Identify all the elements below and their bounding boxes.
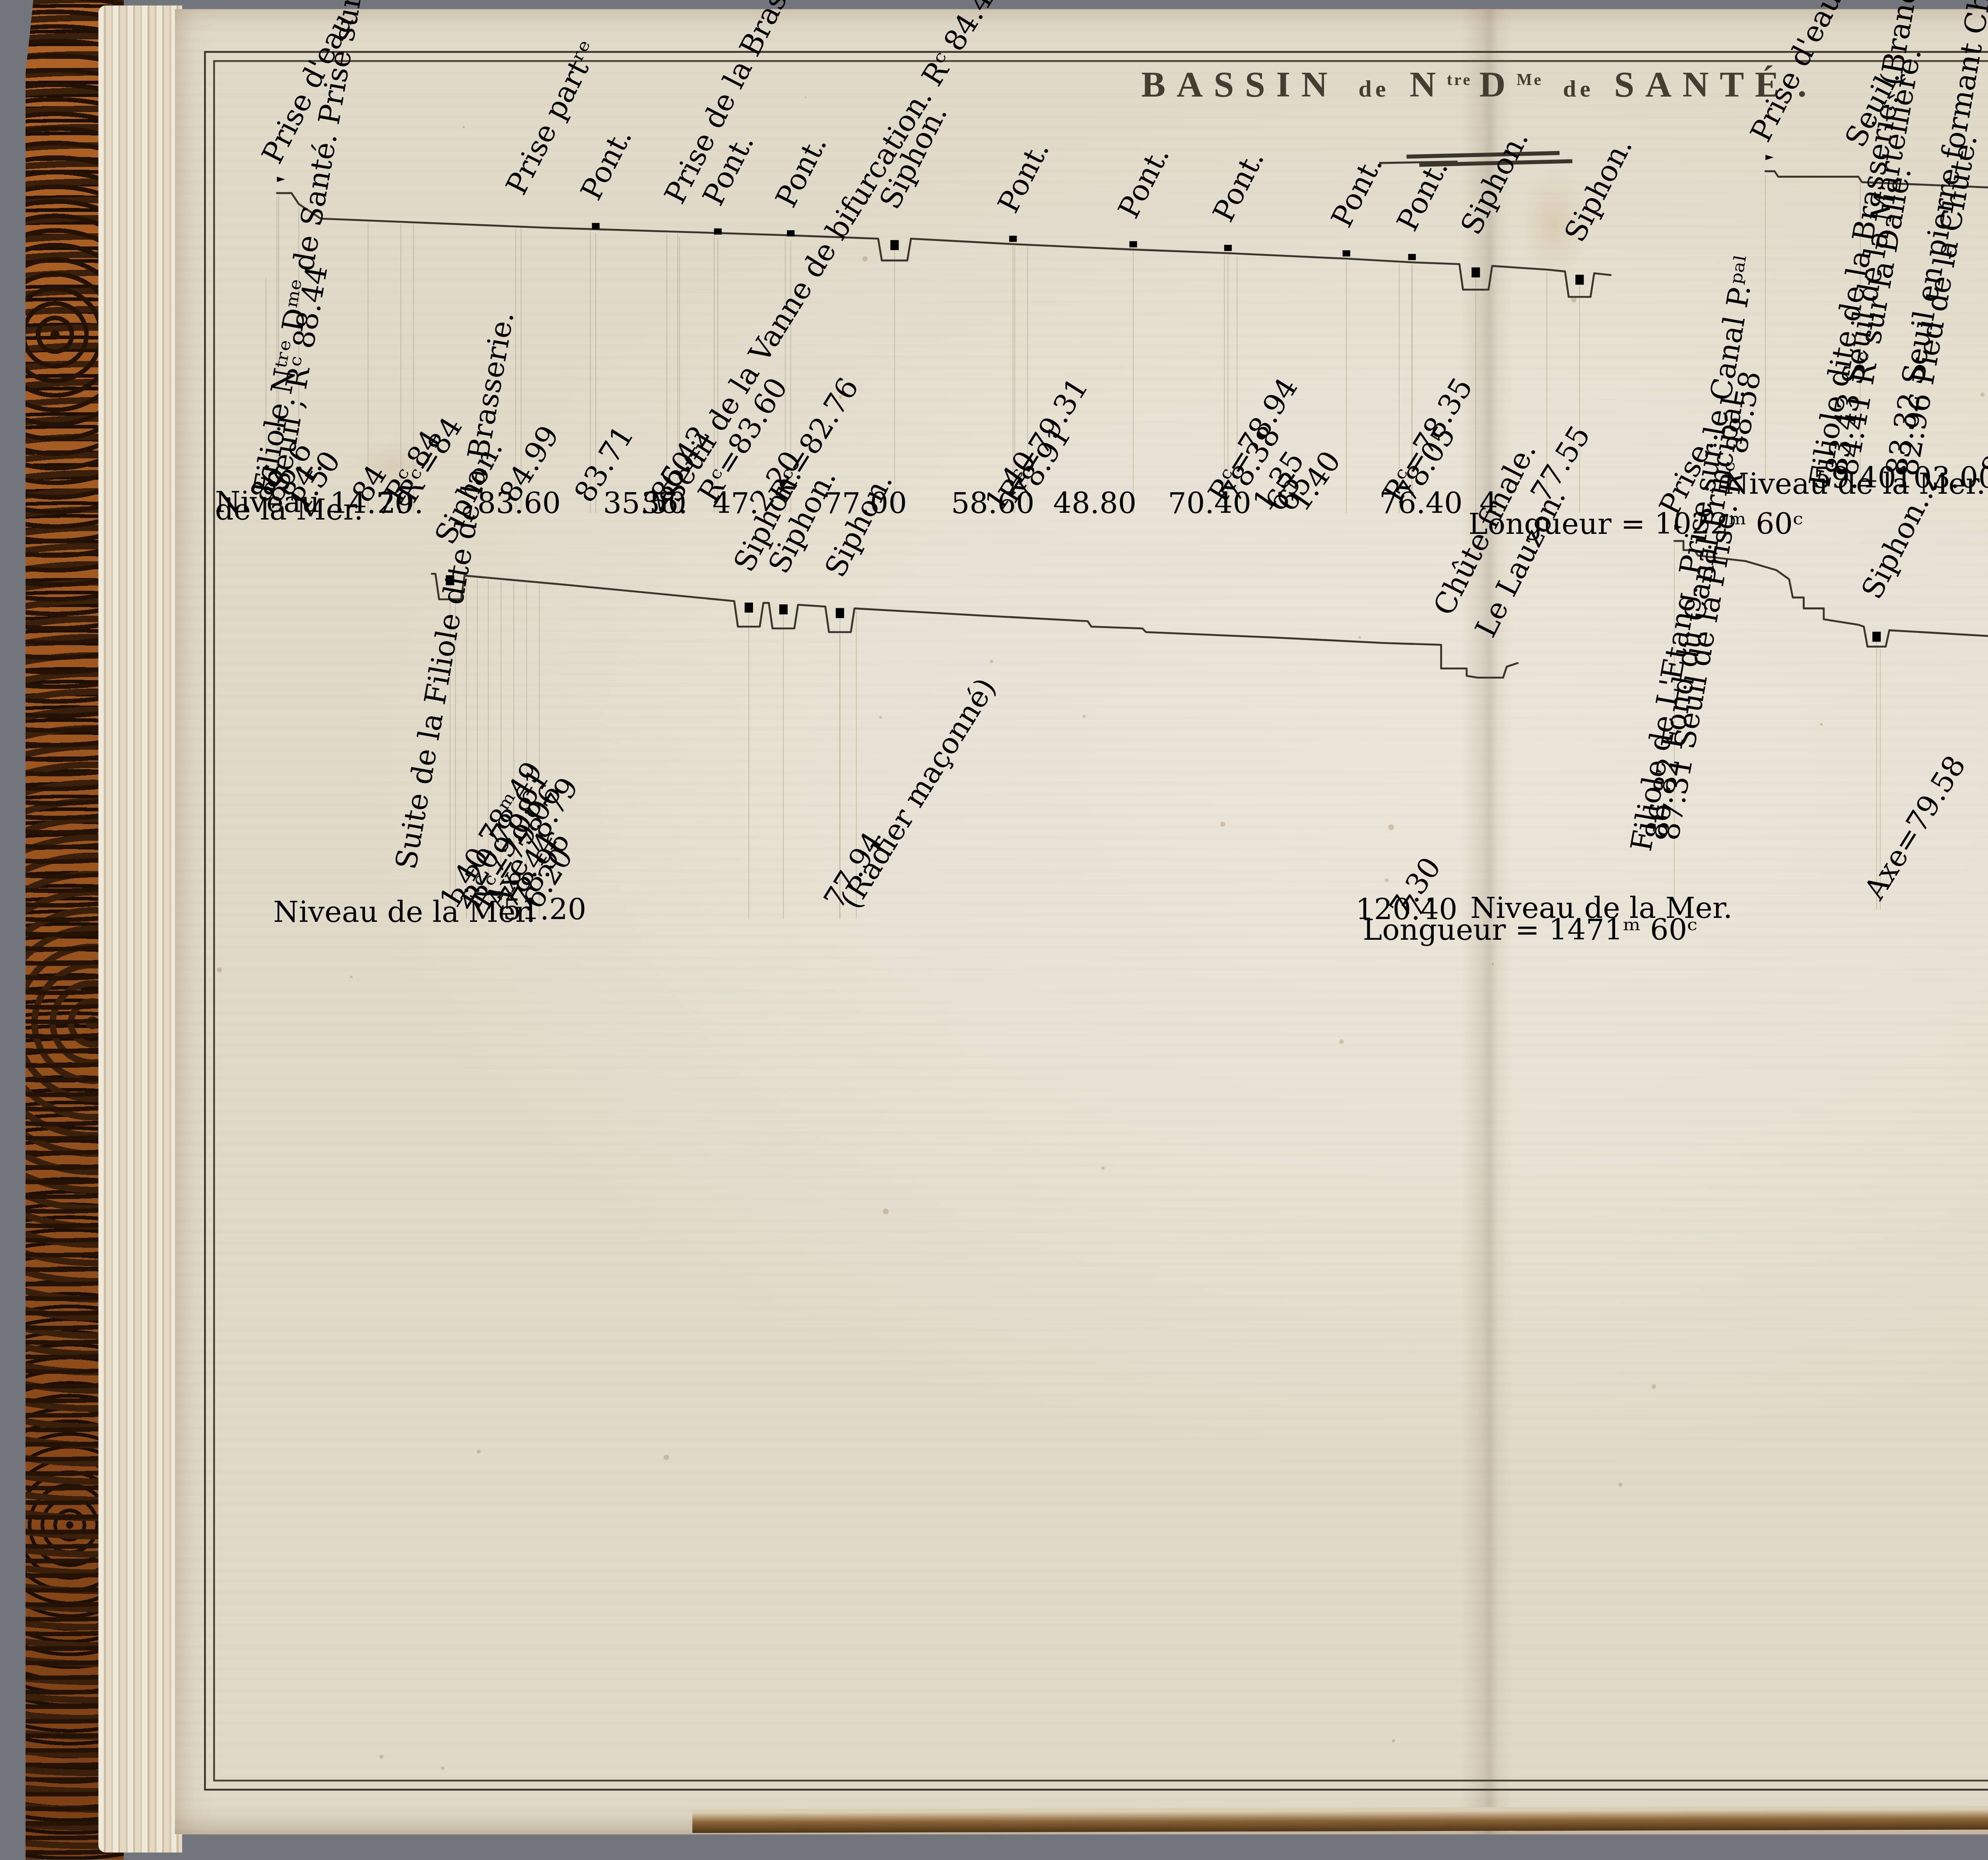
title-notre-sup: tre (1447, 70, 1472, 89)
plate-title: BASSIN de Ntre DMe de SANTÉ . (237, 66, 1988, 107)
title-word-de2: de (1563, 75, 1594, 102)
title-notre-base: N (1409, 66, 1447, 106)
title-word-de: de (1359, 75, 1390, 102)
title-flourish (1363, 138, 1618, 182)
page-stack-edges (98, 6, 182, 1852)
title-end-mark: . (1798, 66, 1817, 106)
book-photo: BASSIN de Ntre DMe de SANTÉ . Prise d'ea… (0, 0, 1988, 1859)
title-dame-base: D (1479, 66, 1517, 106)
title-word-sante: SANTÉ (1614, 66, 1790, 106)
title-word-bassin: BASSIN (1141, 66, 1338, 106)
page-bottom-edge (692, 1805, 1988, 1833)
plate-border-inner (213, 60, 1988, 1781)
title-dame-sup: Me (1516, 70, 1543, 89)
